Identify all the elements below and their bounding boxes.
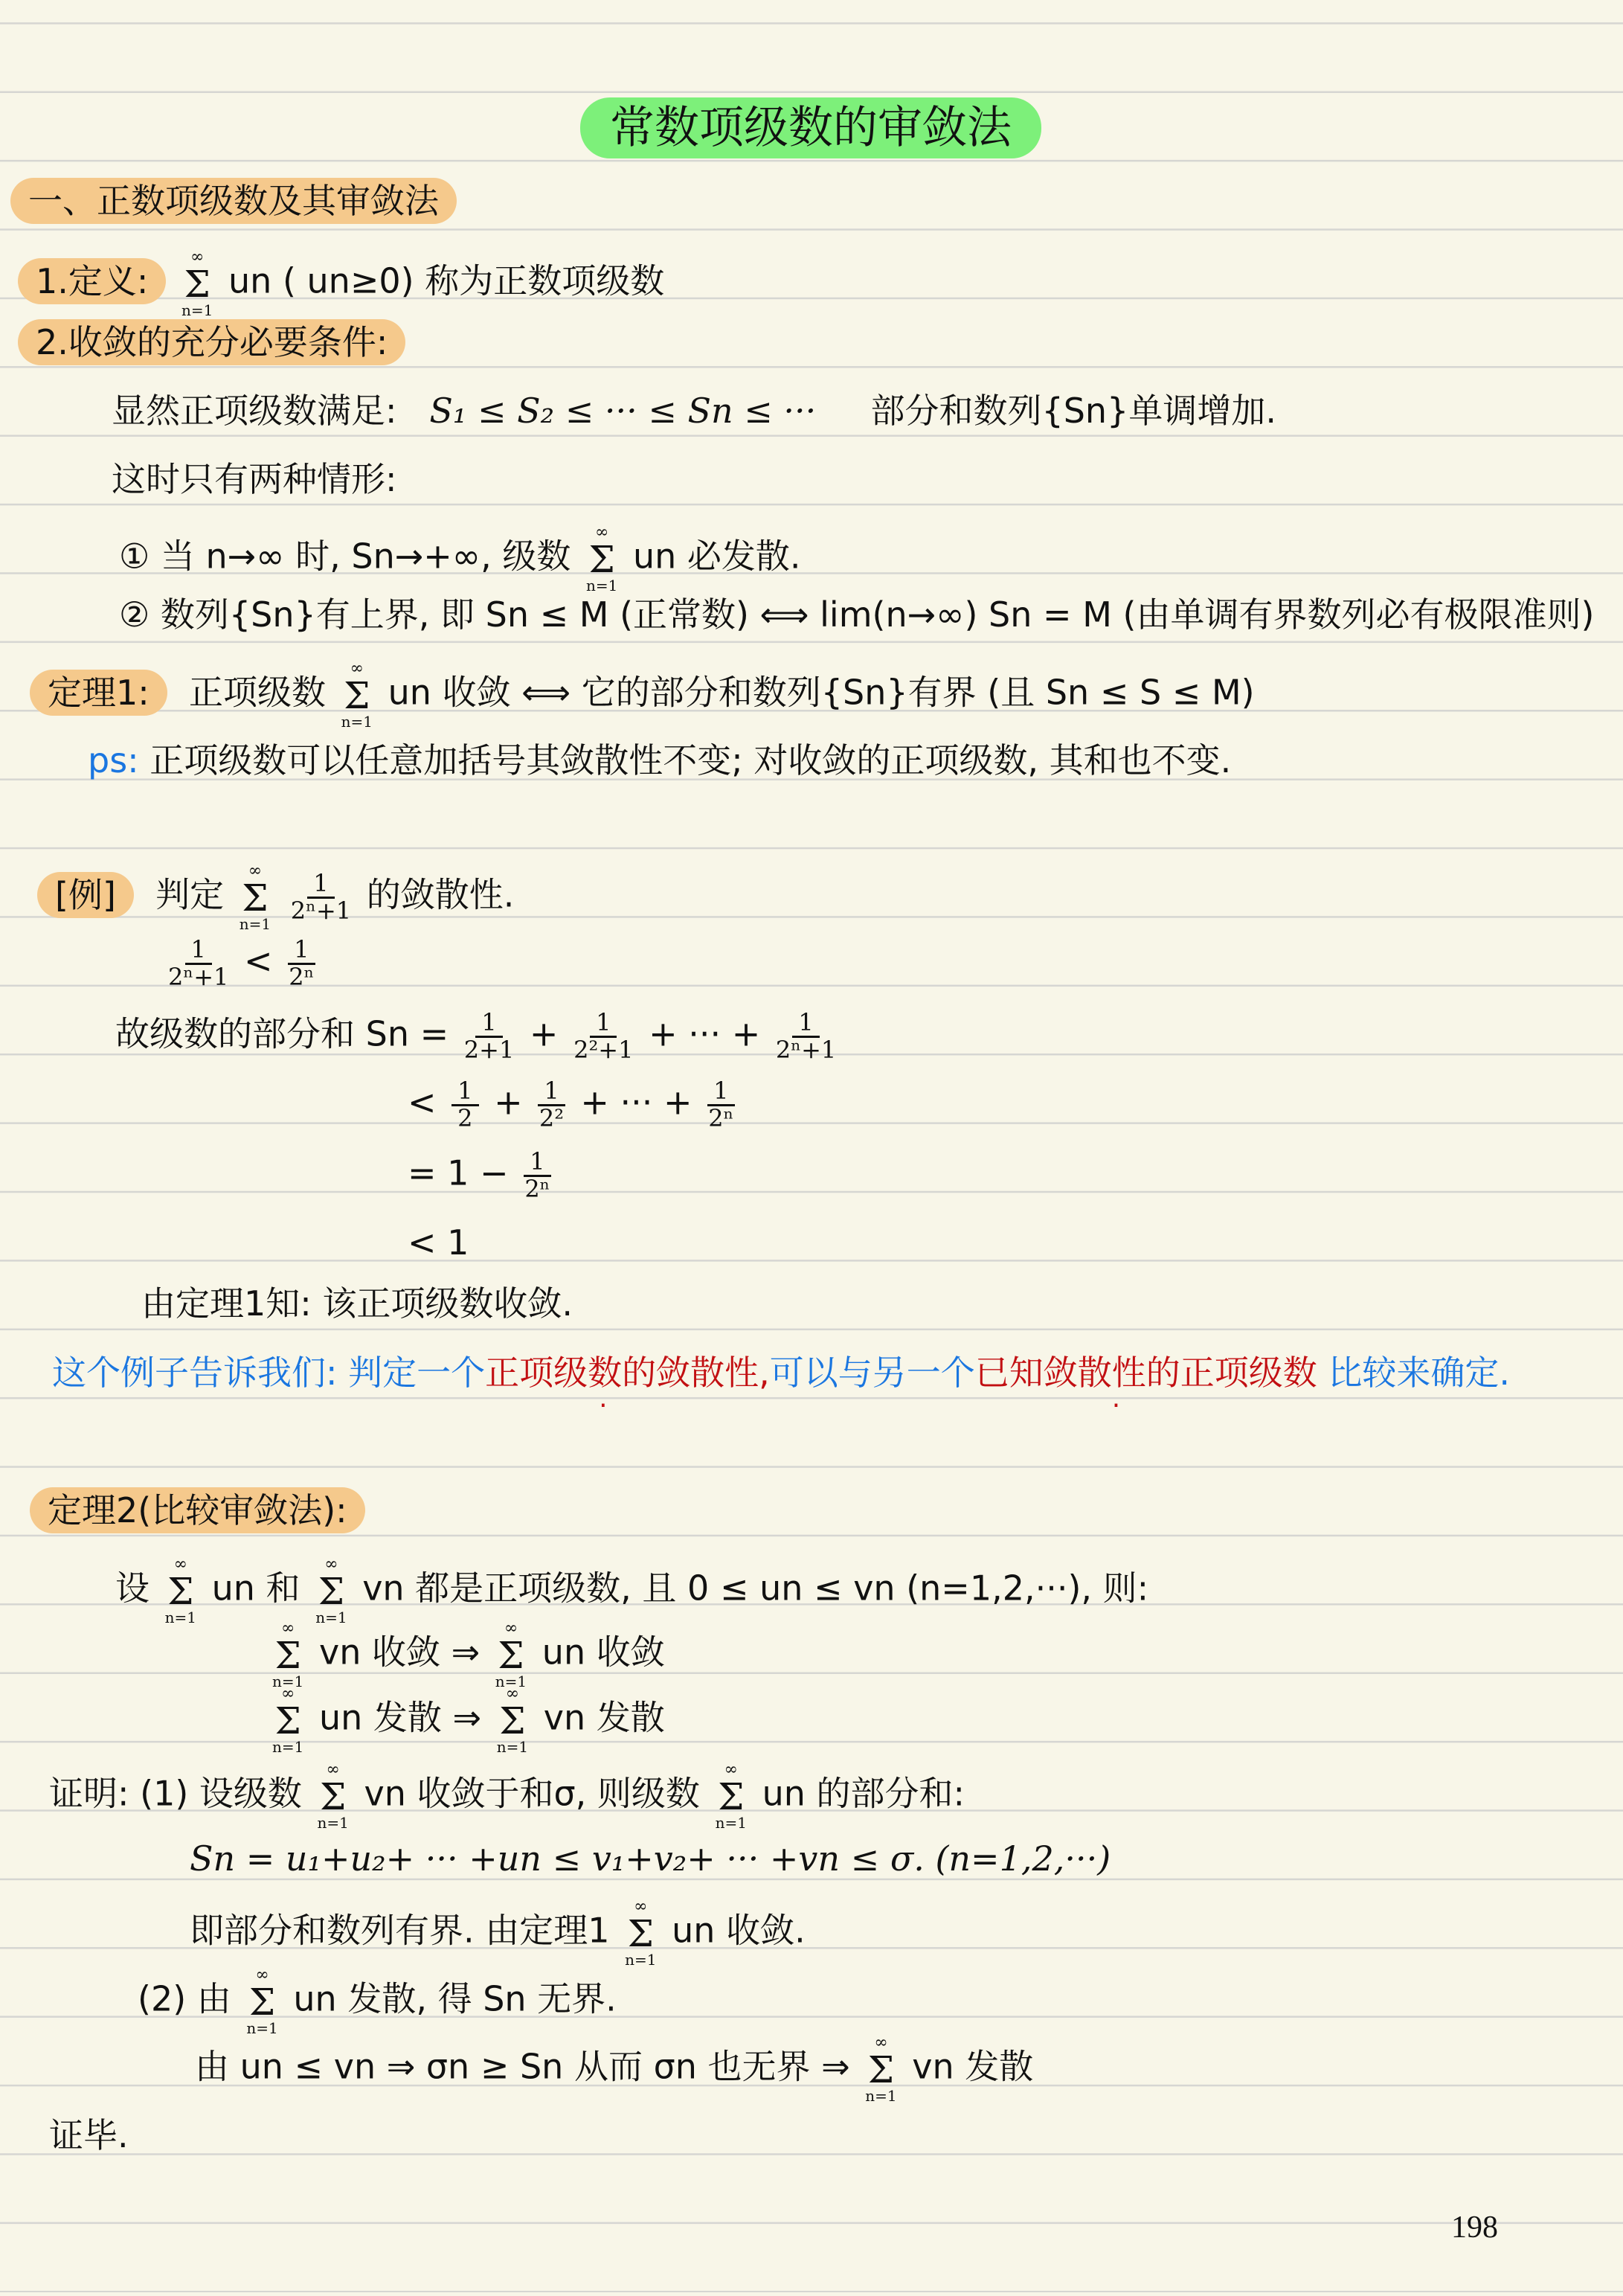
monotone-line: 显然正项级数满足: S₁ ≤ S₂ ≤ ··· ≤ Sn ≤ ··· 部分和数列… [112,388,1276,433]
theorem-2-statement: 设 ∞Σn=1 un 和 ∞Σn=1 vn 都是正项级数, 且 0 ≤ un ≤… [115,1556,1148,1625]
qed: 证毕. [49,2113,129,2158]
theorem-1: 定理1: 正项级数 ∞Σn=1 un 收敛 ⟺ 它的部分和数列{Sn}有界 (且… [30,661,1255,729]
case-1: ① 当 n→∞ 时, Sn→+∞, 级数 ∞Σn=1 un 必发散. [119,525,801,593]
sum-symbol: ∞Σn=1 [181,249,213,318]
partial-sum-line: 故级数的部分和 Sn = 12+1 + 12²+1 + ··· + 12ⁿ+1 [115,1010,841,1062]
comparison-inequality: 12ⁿ+1 < 12ⁿ [164,937,320,990]
theorem-2-heading: 定理2(比较审敛法): [30,1488,365,1533]
case-2: ② 数列{Sn}有上界, 即 Sn ≤ M (正常数) ⟺ lim(n→∞) S… [119,592,1594,637]
example-takeaway: 这个例子告诉我们: 判定一个正项级数的敛散性,可以与另一个已知敛散性的正项级数 … [52,1350,1510,1395]
page-title: 常数项级数的审敛法 [580,106,1041,150]
proof-bounded: 即部分和数列有界. 由定理1 ∞Σn=1 un 收敛. [190,1899,806,1967]
example-label: [例] [37,872,134,918]
fraction: 12ⁿ+1 [291,871,351,923]
less-than-one: < 1 [408,1220,469,1265]
two-cases-intro: 这时只有两种情形: [112,457,397,501]
theorem-1-label: 定理1: [30,670,167,716]
condition-heading: 2.收敛的充分必要条件: [18,320,405,365]
sum-symbol: ∞Σn=1 [240,863,271,931]
title-highlight: 常数项级数的审敛法 [580,97,1041,158]
ps-note: ps: 正项级数可以任意加括号其敛散性不变; 对收敛的正项级数, 其和也不变. [88,738,1231,783]
definition-line: 1.定义: ∞Σn=1 un ( un≥0) 称为正数项级数 [18,249,664,318]
page-number: 198 [1451,2210,1498,2245]
definition-label: 1.定义: [18,258,166,304]
implication-1: ∞Σn=1 vn 收敛 ⇒ ∞Σn=1 un 收敛 [268,1620,665,1689]
sum-symbol: ∞Σn=1 [586,525,617,593]
equals-line: = 1 − 12ⁿ [408,1149,556,1202]
proof-part-2: (2) 由 ∞Σn=1 un 发散, 得 Sn 无界. [138,1967,617,2036]
proof-part-1: 证明: (1) 设级数 ∞Σn=1 vn 收敛于和σ, 则级数 ∞Σn=1 un… [49,1762,965,1830]
sum-symbol: ∞Σn=1 [341,661,373,729]
example-prompt: [例] 判定 ∞Σn=1 12ⁿ+1 的敛散性. [37,863,514,931]
section-heading: 一、正数项级数及其审敛法 [10,179,457,223]
proof-part-2-conclusion: 由 un ≤ vn ⇒ σn ≥ Sn 从而 σn 也无界 ⇒ ∞Σn=1 vn… [195,2035,1033,2103]
example-conclusion: 由定理1知: 该正项级数收敛. [141,1281,573,1326]
proof-inequality: Sn = u₁+u₂+ ··· +un ≤ v₁+v₂+ ··· +vn ≤ σ… [190,1836,1111,1881]
implication-2: ∞Σn=1 un 发散 ⇒ ∞Σn=1 vn 发散 [268,1686,665,1754]
bound-line: < 12 + 12² + ··· + 12ⁿ [408,1079,739,1131]
